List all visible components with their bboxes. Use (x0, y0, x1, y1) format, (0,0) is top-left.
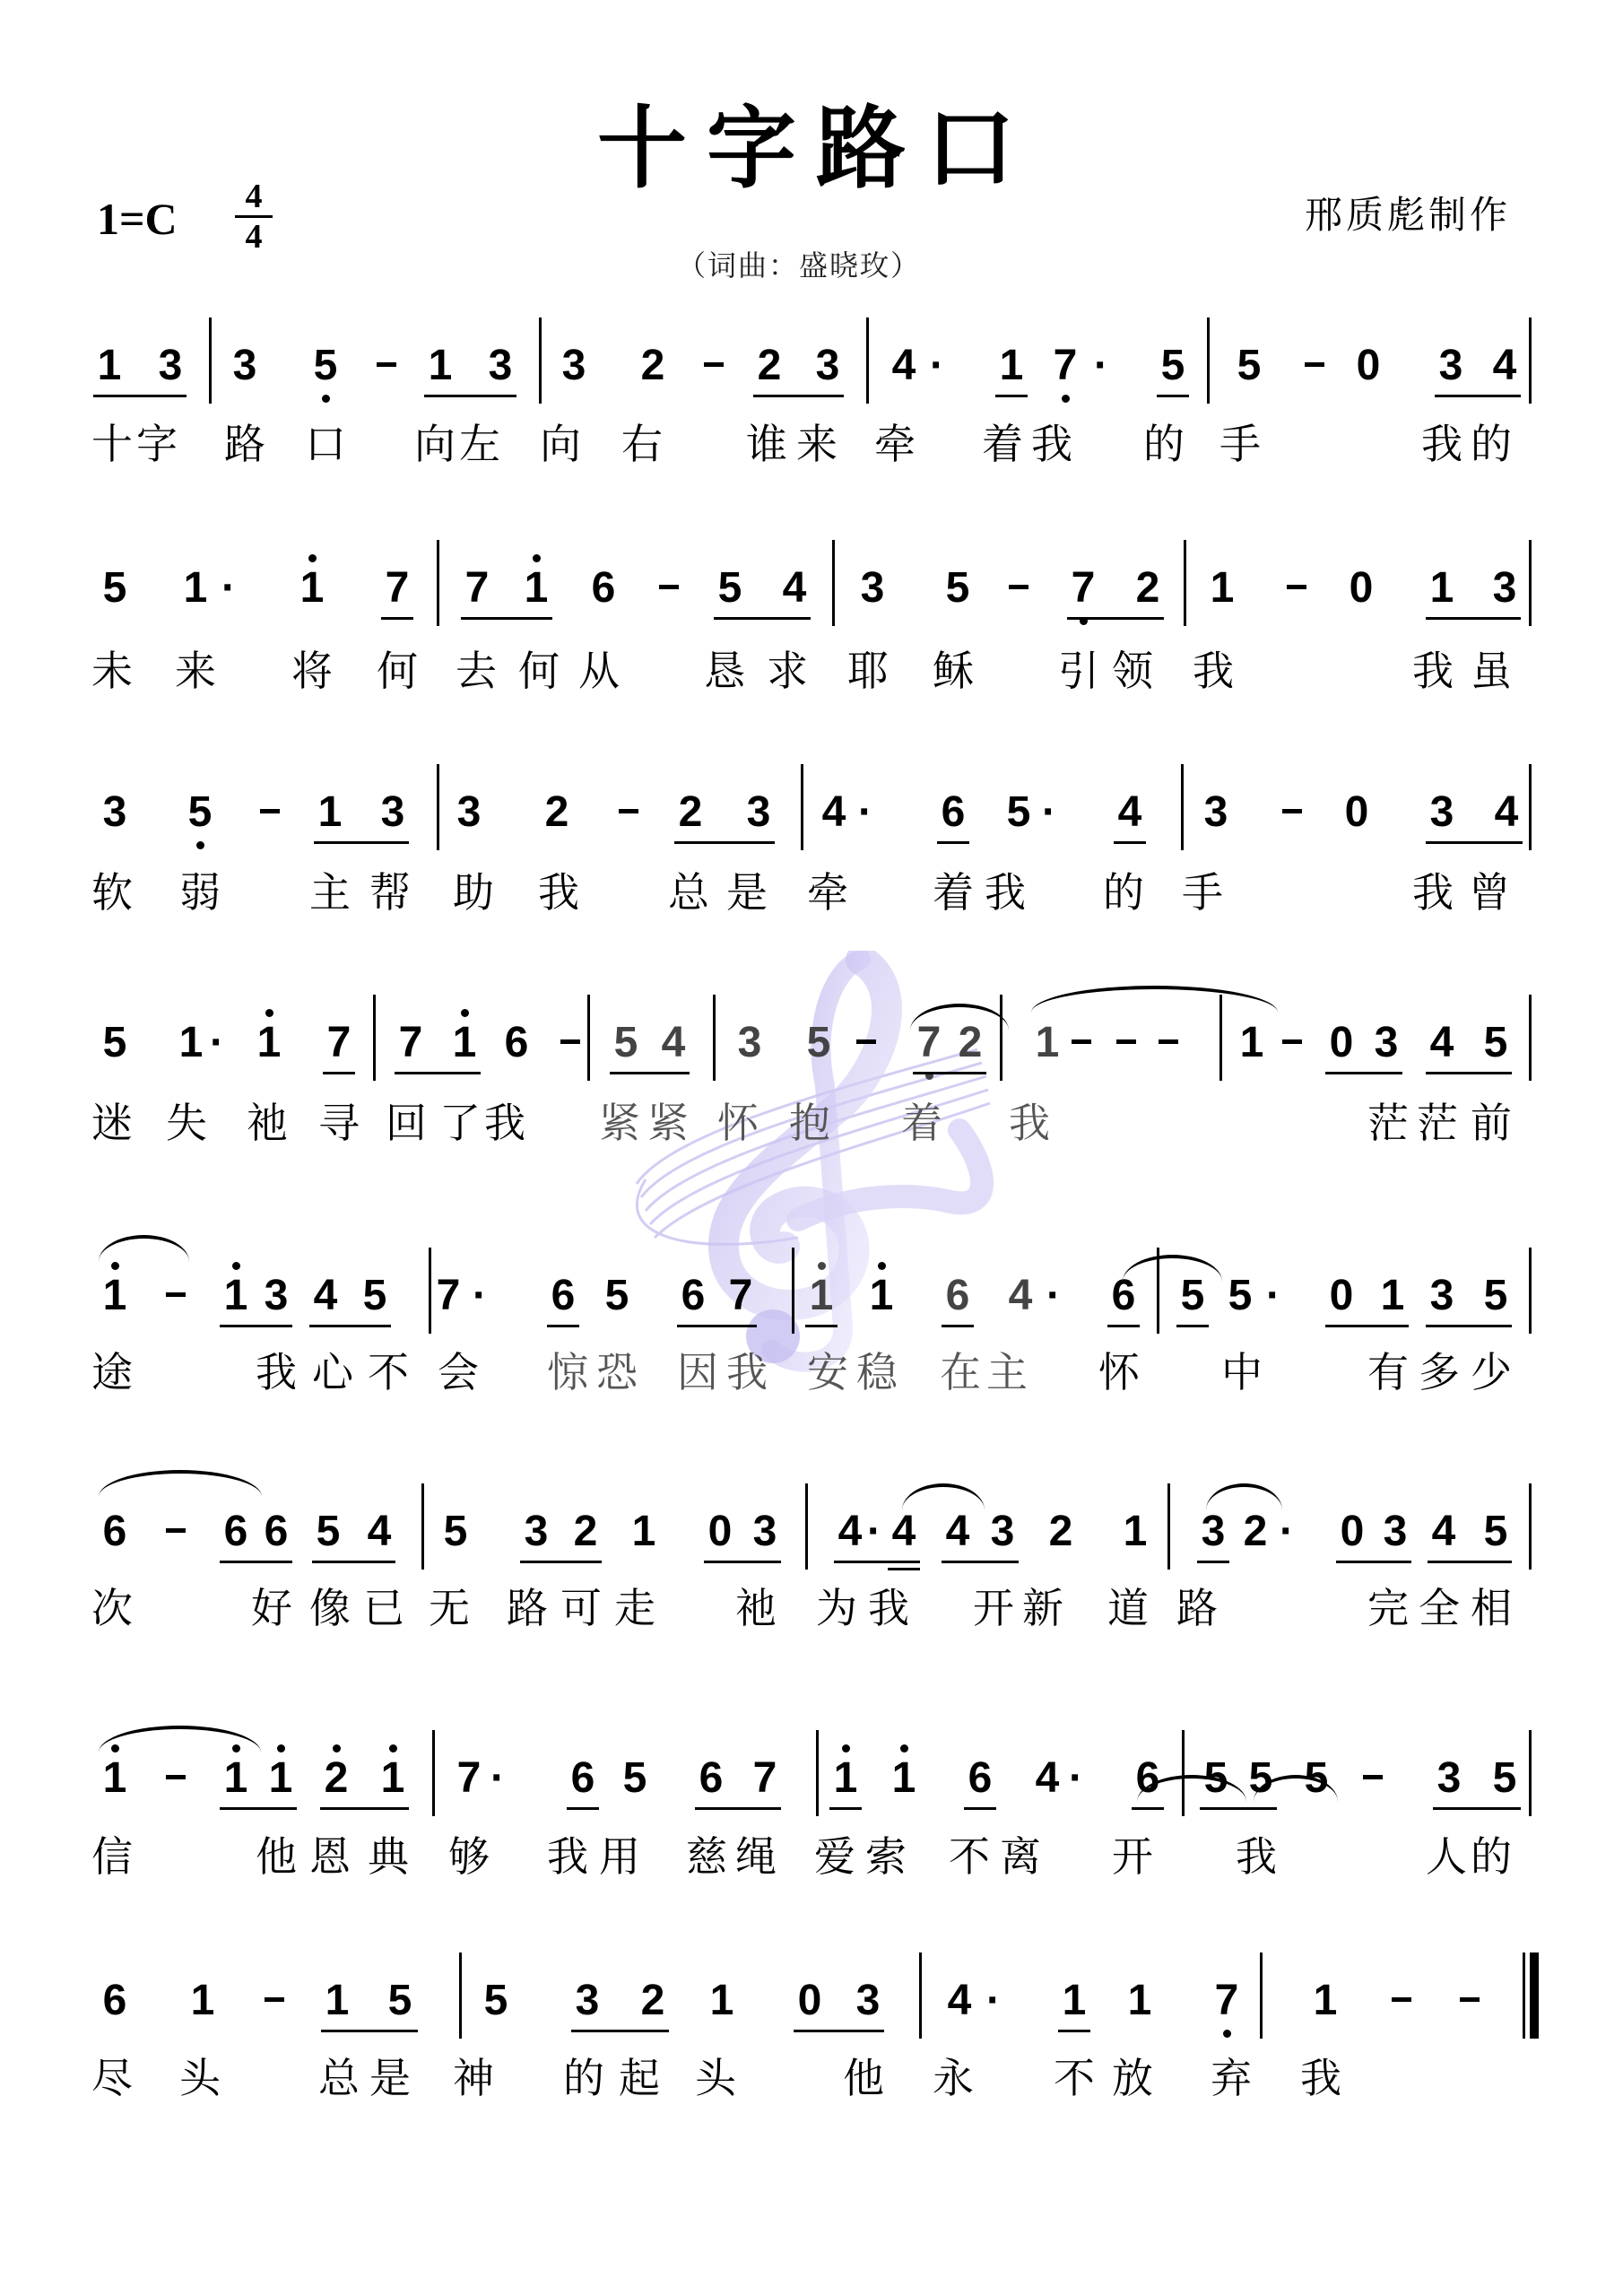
note-digit: 4 (1430, 1019, 1454, 1066)
note: 1 (706, 1976, 738, 2026)
note: 5 (1233, 341, 1265, 391)
note-digit: 5 (1484, 1019, 1508, 1066)
lyric-syllable: 我 (547, 1830, 588, 1883)
note: 5 (942, 563, 974, 613)
note-digit: 4 (946, 1508, 970, 1555)
note: 1 (175, 1018, 207, 1068)
lyric-syllable: 手 (1182, 865, 1223, 919)
octave-up-dot (232, 1262, 240, 1270)
lyric-syllable: 的 (1471, 417, 1512, 471)
extension-dash (704, 362, 724, 367)
lyric-syllable: 为 (816, 1581, 857, 1635)
lyric-syllable: 助 (453, 865, 494, 919)
octave-up-dot (265, 1009, 273, 1017)
note-digit: 5 (103, 564, 127, 612)
lyric-syllable: 不 (949, 1830, 990, 1883)
extension-dash (1282, 1039, 1302, 1044)
note-digit: 0 (1345, 788, 1369, 836)
lyric-syllable: 像 (309, 1581, 351, 1635)
beam-underline (942, 1325, 974, 1327)
note: 3 (811, 341, 844, 391)
note-digit: 5 (718, 564, 742, 612)
note-digit: 5 (1237, 342, 1262, 389)
note: 4 (942, 1507, 974, 1557)
note: 3 (856, 563, 889, 613)
note-digit: 2 (1244, 1508, 1268, 1555)
note: 2 (1132, 563, 1164, 613)
note: 2 (1045, 1507, 1077, 1557)
lyric-syllable: 中 (1221, 1345, 1263, 1399)
lyric-syllable: 弃 (1211, 2051, 1252, 2105)
note: 5 (610, 1018, 642, 1068)
tie-slur (910, 1004, 1009, 1031)
lyric-syllable: 道 (1107, 1581, 1149, 1635)
note-digit: 3 (489, 342, 513, 389)
note-digit: 4 (1493, 342, 1517, 389)
note: 1 (865, 1271, 898, 1321)
note: 1 (179, 563, 212, 613)
note: 5 (1002, 787, 1035, 838)
note-digit: 4 (822, 788, 846, 836)
beam-underline (677, 1325, 757, 1327)
barline (1529, 995, 1532, 1081)
extension-dash (166, 1528, 186, 1533)
note: 5 (1224, 1271, 1256, 1321)
note: 0 (704, 1507, 736, 1557)
beam-underline (794, 2030, 884, 2032)
note-digit: 6 (946, 1272, 970, 1319)
final-barline-thick (1530, 1952, 1539, 2039)
note: 1 (1376, 1271, 1409, 1321)
note: 4 (778, 563, 811, 613)
note-digit: 1 (318, 788, 343, 836)
extension-dash (265, 1997, 284, 2002)
note-digit: 1 (1430, 564, 1454, 612)
note-digit: 1 (381, 1754, 405, 1802)
note-digit: 5 (1161, 342, 1185, 389)
lyric-syllable: 主 (986, 1345, 1028, 1399)
note: 2 (1239, 1507, 1271, 1557)
lyric-syllable: 十 (91, 417, 133, 471)
note: 1 (995, 341, 1028, 391)
time-signature-numerator: 4 (235, 179, 273, 213)
note-digit: 1 (892, 1754, 916, 1802)
lyric-syllable: 典 (368, 1830, 409, 1883)
note-digit: 6 (505, 1019, 529, 1066)
note: 3 (1433, 1753, 1465, 1804)
barline (1529, 1483, 1532, 1570)
beam-underline (1107, 1325, 1140, 1327)
octave-up-dot (818, 1262, 826, 1270)
note-digit: 1 (98, 342, 122, 389)
note-digit: 6 (968, 1754, 993, 1802)
note: 5 (1157, 341, 1189, 391)
note-digit: 3 (1437, 1754, 1462, 1802)
note-digit: 0 (1357, 342, 1381, 389)
lyric-syllable: 回 (386, 1096, 427, 1150)
note-digit: 1 (870, 1272, 894, 1319)
note: 5 (309, 341, 342, 391)
note: 1 (424, 341, 456, 391)
augmentation-dot: · (1264, 1271, 1282, 1321)
note-digit: 5 (1484, 1272, 1508, 1319)
octave-down-dot (196, 841, 204, 849)
note-digit: 1 (179, 1019, 204, 1066)
note: 7 (381, 563, 413, 613)
note-digit: 5 (623, 1754, 647, 1802)
beam-underline-second (888, 1568, 920, 1570)
lyric-syllable: 因 (677, 1345, 718, 1399)
note: 3 (260, 1271, 292, 1321)
lyric-syllable: 起 (619, 2051, 660, 2105)
note: 1 (93, 341, 126, 391)
beam-underline (1433, 1807, 1521, 1810)
beam-underline (1325, 1325, 1409, 1327)
lyric-syllable: 安 (807, 1345, 848, 1399)
lyric-syllable: 开 (1112, 1830, 1153, 1883)
octave-up-dot (389, 1744, 397, 1752)
note: 5 (184, 787, 216, 838)
lyric-syllable: 向 (414, 417, 456, 471)
augmentation-dot: · (208, 1018, 226, 1068)
barline (209, 317, 212, 404)
augmentation-dot: · (985, 1976, 1002, 2026)
note: 0 (1325, 1018, 1358, 1068)
lyric-syllable: 不 (368, 1345, 409, 1399)
note: 7 (749, 1753, 781, 1804)
lyric-syllable: 求 (767, 644, 808, 698)
lyric-syllable: 前 (1471, 1096, 1512, 1150)
lyric-syllable: 可 (560, 1581, 602, 1635)
note-digit: 1 (1314, 1977, 1338, 2024)
note-digit: 2 (641, 342, 665, 389)
note-digit: 6 (681, 1272, 706, 1319)
note: 3 (377, 787, 409, 838)
beam-underline (93, 395, 187, 397)
note-digit: 3 (1430, 788, 1454, 836)
lyric-syllable: 次 (91, 1581, 133, 1635)
note-digit: 1 (1240, 1019, 1264, 1066)
note: 7 (453, 1753, 485, 1804)
note: 4 (888, 341, 920, 391)
lyric-syllable: 恳 (704, 644, 745, 698)
song-title: 十字路口 (592, 90, 1040, 206)
lyric-syllable: 牵 (807, 865, 848, 919)
note-digit: 6 (103, 1977, 127, 2024)
beam-underline (1114, 841, 1146, 844)
barline (1167, 1483, 1170, 1570)
beam-underline (1426, 1072, 1512, 1074)
note: 1 (520, 563, 552, 613)
note: 1 (888, 1753, 920, 1804)
time-signature-denominator: 4 (235, 220, 273, 254)
lyric-syllable: 抱 (789, 1096, 830, 1150)
lyric-syllable: 耶 (847, 644, 889, 698)
lyric-syllable: 我 (484, 1096, 525, 1150)
tie-slur (1206, 1483, 1282, 1510)
note-digit: 1 (1128, 1977, 1152, 2024)
note: 5 (359, 1271, 391, 1321)
note: 3 (520, 1507, 552, 1557)
beam-underline (942, 1561, 1019, 1563)
lyric-syllable: 头 (695, 2051, 736, 2105)
lyric-syllable: 路 (1176, 1581, 1218, 1635)
note: 3 (558, 341, 590, 391)
lyric-syllable: 左 (459, 417, 500, 471)
note-digit: 7 (465, 564, 490, 612)
note-digit: 3 (1439, 342, 1463, 389)
lyric-syllable: 的 (1471, 1830, 1512, 1883)
extension-dash (260, 809, 280, 813)
octave-up-dot (878, 1262, 886, 1270)
note-digit: 3 (1493, 564, 1517, 612)
lyric-syllable: 曾 (1469, 865, 1510, 919)
beam-underline (312, 1561, 395, 1563)
note: 2 (320, 1753, 352, 1804)
lyric-syllable: 字 (136, 417, 178, 471)
beam-underline (1176, 1325, 1209, 1327)
extension-dash (1159, 1039, 1178, 1044)
note-digit: 1 (429, 342, 453, 389)
note: 0 (1336, 1507, 1368, 1557)
note-digit: 6 (551, 1272, 576, 1319)
note: 3 (852, 1976, 884, 2026)
lyric-syllable: 我 (868, 1581, 909, 1635)
note: 7 (1049, 341, 1081, 391)
lyric-syllable: 软 (91, 865, 133, 919)
note: 6 (567, 1753, 599, 1804)
octave-down-dot (322, 395, 330, 403)
barline (539, 317, 542, 404)
note: 4 (1004, 1271, 1037, 1321)
note: 2 (637, 341, 669, 391)
note-digit: 4 (662, 1019, 686, 1066)
lyric-syllable: 爱 (814, 1830, 855, 1883)
note-digit: 2 (325, 1754, 349, 1802)
extension-dash (1363, 1775, 1383, 1779)
note: 3 (99, 787, 131, 838)
lyric-syllable: 向 (540, 417, 581, 471)
key-signature: 1=C (97, 192, 178, 246)
note: 5 (714, 563, 746, 613)
extension-dash (1282, 809, 1302, 813)
lyric-syllable: 心 (312, 1345, 353, 1399)
beam-underline (571, 2030, 669, 2032)
extension-dash (1116, 1039, 1136, 1044)
octave-up-dot (533, 554, 541, 562)
barline (866, 317, 869, 404)
lyric-syllable: 他 (843, 2051, 884, 2105)
note-digit: 3 (381, 788, 405, 836)
final-barline-thin (1523, 1952, 1525, 2039)
note-digit: 5 (314, 342, 338, 389)
beam-underline (753, 395, 844, 397)
note: 4 (1488, 341, 1521, 391)
extension-dash (166, 1775, 186, 1779)
note: 5 (1488, 1753, 1521, 1804)
lyric-syllable: 信 (91, 1830, 133, 1883)
note: 5 (1480, 1018, 1512, 1068)
lyric-syllable: 领 (1112, 644, 1153, 698)
note: 3 (742, 787, 775, 838)
note: 1 (296, 563, 328, 613)
note-digit: 7 (386, 564, 410, 612)
note-digit: 5 (484, 1977, 508, 2024)
note: 3 (1426, 1271, 1458, 1321)
lyric-syllable: 路 (224, 417, 265, 471)
note: 1 (1236, 1018, 1268, 1068)
note: 6 (547, 1271, 579, 1321)
lyric-syllable: 怀 (1098, 1345, 1140, 1399)
beam-underline (1435, 395, 1521, 397)
note-digit: 7 (729, 1272, 753, 1319)
note-digit: 4 (314, 1272, 338, 1319)
note-digit: 3 (525, 1508, 549, 1555)
beam-underline (1067, 617, 1164, 620)
note-digit: 1 (1063, 1977, 1087, 2024)
barline (437, 540, 439, 626)
lyric-syllable: 迷 (91, 1096, 133, 1150)
note: 3 (484, 341, 516, 391)
note-digit: 1 (224, 1272, 248, 1319)
lyric-syllable: 茫 (1367, 1096, 1409, 1150)
tie-slur (99, 1235, 189, 1262)
lyric-syllable: 好 (251, 1581, 292, 1635)
note-digit: 3 (1384, 1508, 1408, 1555)
note-digit: 5 (388, 1977, 412, 2024)
note: 3 (1435, 341, 1467, 391)
tie-slur (1123, 1255, 1222, 1282)
lyric-syllable: 全 (1419, 1581, 1460, 1635)
beam-underline (1157, 395, 1189, 397)
lyric-syllable: 多 (1419, 1345, 1460, 1399)
augmentation-dot: · (856, 787, 874, 838)
note-digit: 4 (892, 1508, 916, 1555)
barline (429, 1248, 431, 1334)
octave-up-dot (461, 1009, 469, 1017)
barline (1529, 1248, 1532, 1334)
lyric-syllable: 去 (456, 644, 497, 698)
barline (1529, 764, 1532, 850)
lyric-syllable: 从 (578, 644, 620, 698)
lyric-syllable: 惊 (547, 1345, 588, 1399)
note: 0 (1341, 787, 1373, 838)
beam-underline (547, 1325, 579, 1327)
note: 4 (1031, 1753, 1063, 1804)
lyric-syllable: 总 (318, 2051, 360, 2105)
lyric-syllable: 恐 (596, 1345, 638, 1399)
note: 4 (309, 1271, 342, 1321)
note-digit: 0 (1341, 1508, 1365, 1555)
beam-underline (1426, 841, 1523, 844)
note: 1 (220, 1753, 252, 1804)
lyric-syllable: 着 (933, 865, 974, 919)
lyric-syllable: 我 (1412, 865, 1454, 919)
note-digit: 5 (807, 1019, 831, 1066)
lyric-syllable: 了 (439, 1096, 481, 1150)
lyric-syllable: 索 (865, 1830, 907, 1883)
note: 2 (541, 787, 573, 838)
lyric-syllable: 口 (305, 417, 346, 471)
barline (432, 1730, 435, 1816)
note: 0 (794, 1976, 826, 2026)
beam-underline (1058, 2030, 1090, 2032)
note: 4 (1490, 787, 1523, 838)
augmentation-dot: · (1278, 1507, 1296, 1557)
note-digit: 3 (457, 788, 482, 836)
note: 4 (363, 1507, 395, 1557)
lyric-syllable: 祂 (247, 1096, 288, 1150)
barline (421, 1483, 424, 1570)
note-digit: 4 (838, 1508, 863, 1555)
lyric-syllable: 总 (668, 865, 709, 919)
beam-underline (220, 1325, 292, 1327)
lyric-syllable: 紧 (599, 1096, 640, 1150)
lyric-syllable: 祂 (735, 1581, 777, 1635)
note-digit: 7 (753, 1754, 777, 1802)
augmentation-dot: · (489, 1753, 507, 1804)
lyric-syllable: 放 (1112, 2051, 1153, 2105)
lyric-syllable: 已 (363, 1581, 404, 1635)
note: 3 (453, 787, 485, 838)
lyric-syllable: 我 (1009, 1096, 1050, 1150)
octave-up-dot (333, 1744, 341, 1752)
lyric-syllable: 着 (982, 417, 1023, 471)
lyric-syllable: 茫 (1417, 1096, 1458, 1150)
barline (1207, 317, 1210, 404)
note-digit: 3 (159, 342, 183, 389)
augmentation-dot: · (1092, 341, 1110, 391)
note: 5 (1480, 1271, 1512, 1321)
arranger-credit: 邢质彪制作 (1305, 190, 1511, 240)
barline (792, 1248, 794, 1334)
beam-underline (964, 1807, 996, 1810)
beam-underline (937, 841, 969, 844)
note-digit: 6 (265, 1508, 289, 1555)
octave-up-dot (842, 1744, 850, 1752)
lyric-syllable: 虽 (1471, 644, 1512, 698)
lyric-syllable: 紧 (647, 1096, 689, 1150)
note: 3 (229, 341, 261, 391)
lyric-syllable: 我 (1236, 1830, 1277, 1883)
note-digit: 2 (679, 788, 703, 836)
extension-dash (1460, 1997, 1480, 2002)
lyric-syllable: 新 (1022, 1581, 1063, 1635)
lyric-syllable: 主 (309, 865, 351, 919)
note-digit: 5 (1493, 1754, 1517, 1802)
note: 7 (725, 1271, 757, 1321)
note: 5 (619, 1753, 651, 1804)
note: 5 (1480, 1507, 1512, 1557)
note-digit: 5 (363, 1272, 387, 1319)
beam-underline (321, 2030, 418, 2032)
lyric-syllable: 未 (91, 644, 133, 698)
note: 3 (1379, 1507, 1411, 1557)
note-digit: 2 (574, 1508, 598, 1555)
note: 7 (1067, 563, 1099, 613)
note: 3 (571, 1976, 603, 2026)
beam-underline (805, 1325, 838, 1327)
note-digit: 2 (758, 342, 782, 389)
barline (1184, 540, 1186, 626)
note: 1 (1031, 1018, 1063, 1068)
beam-underline (1200, 1807, 1277, 1810)
lyric-syllable: 用 (599, 1830, 640, 1883)
extension-dash (1072, 1039, 1091, 1044)
beam-underline (1132, 1807, 1164, 1810)
lyric-syllable: 的 (1103, 865, 1144, 919)
barline (801, 764, 803, 850)
